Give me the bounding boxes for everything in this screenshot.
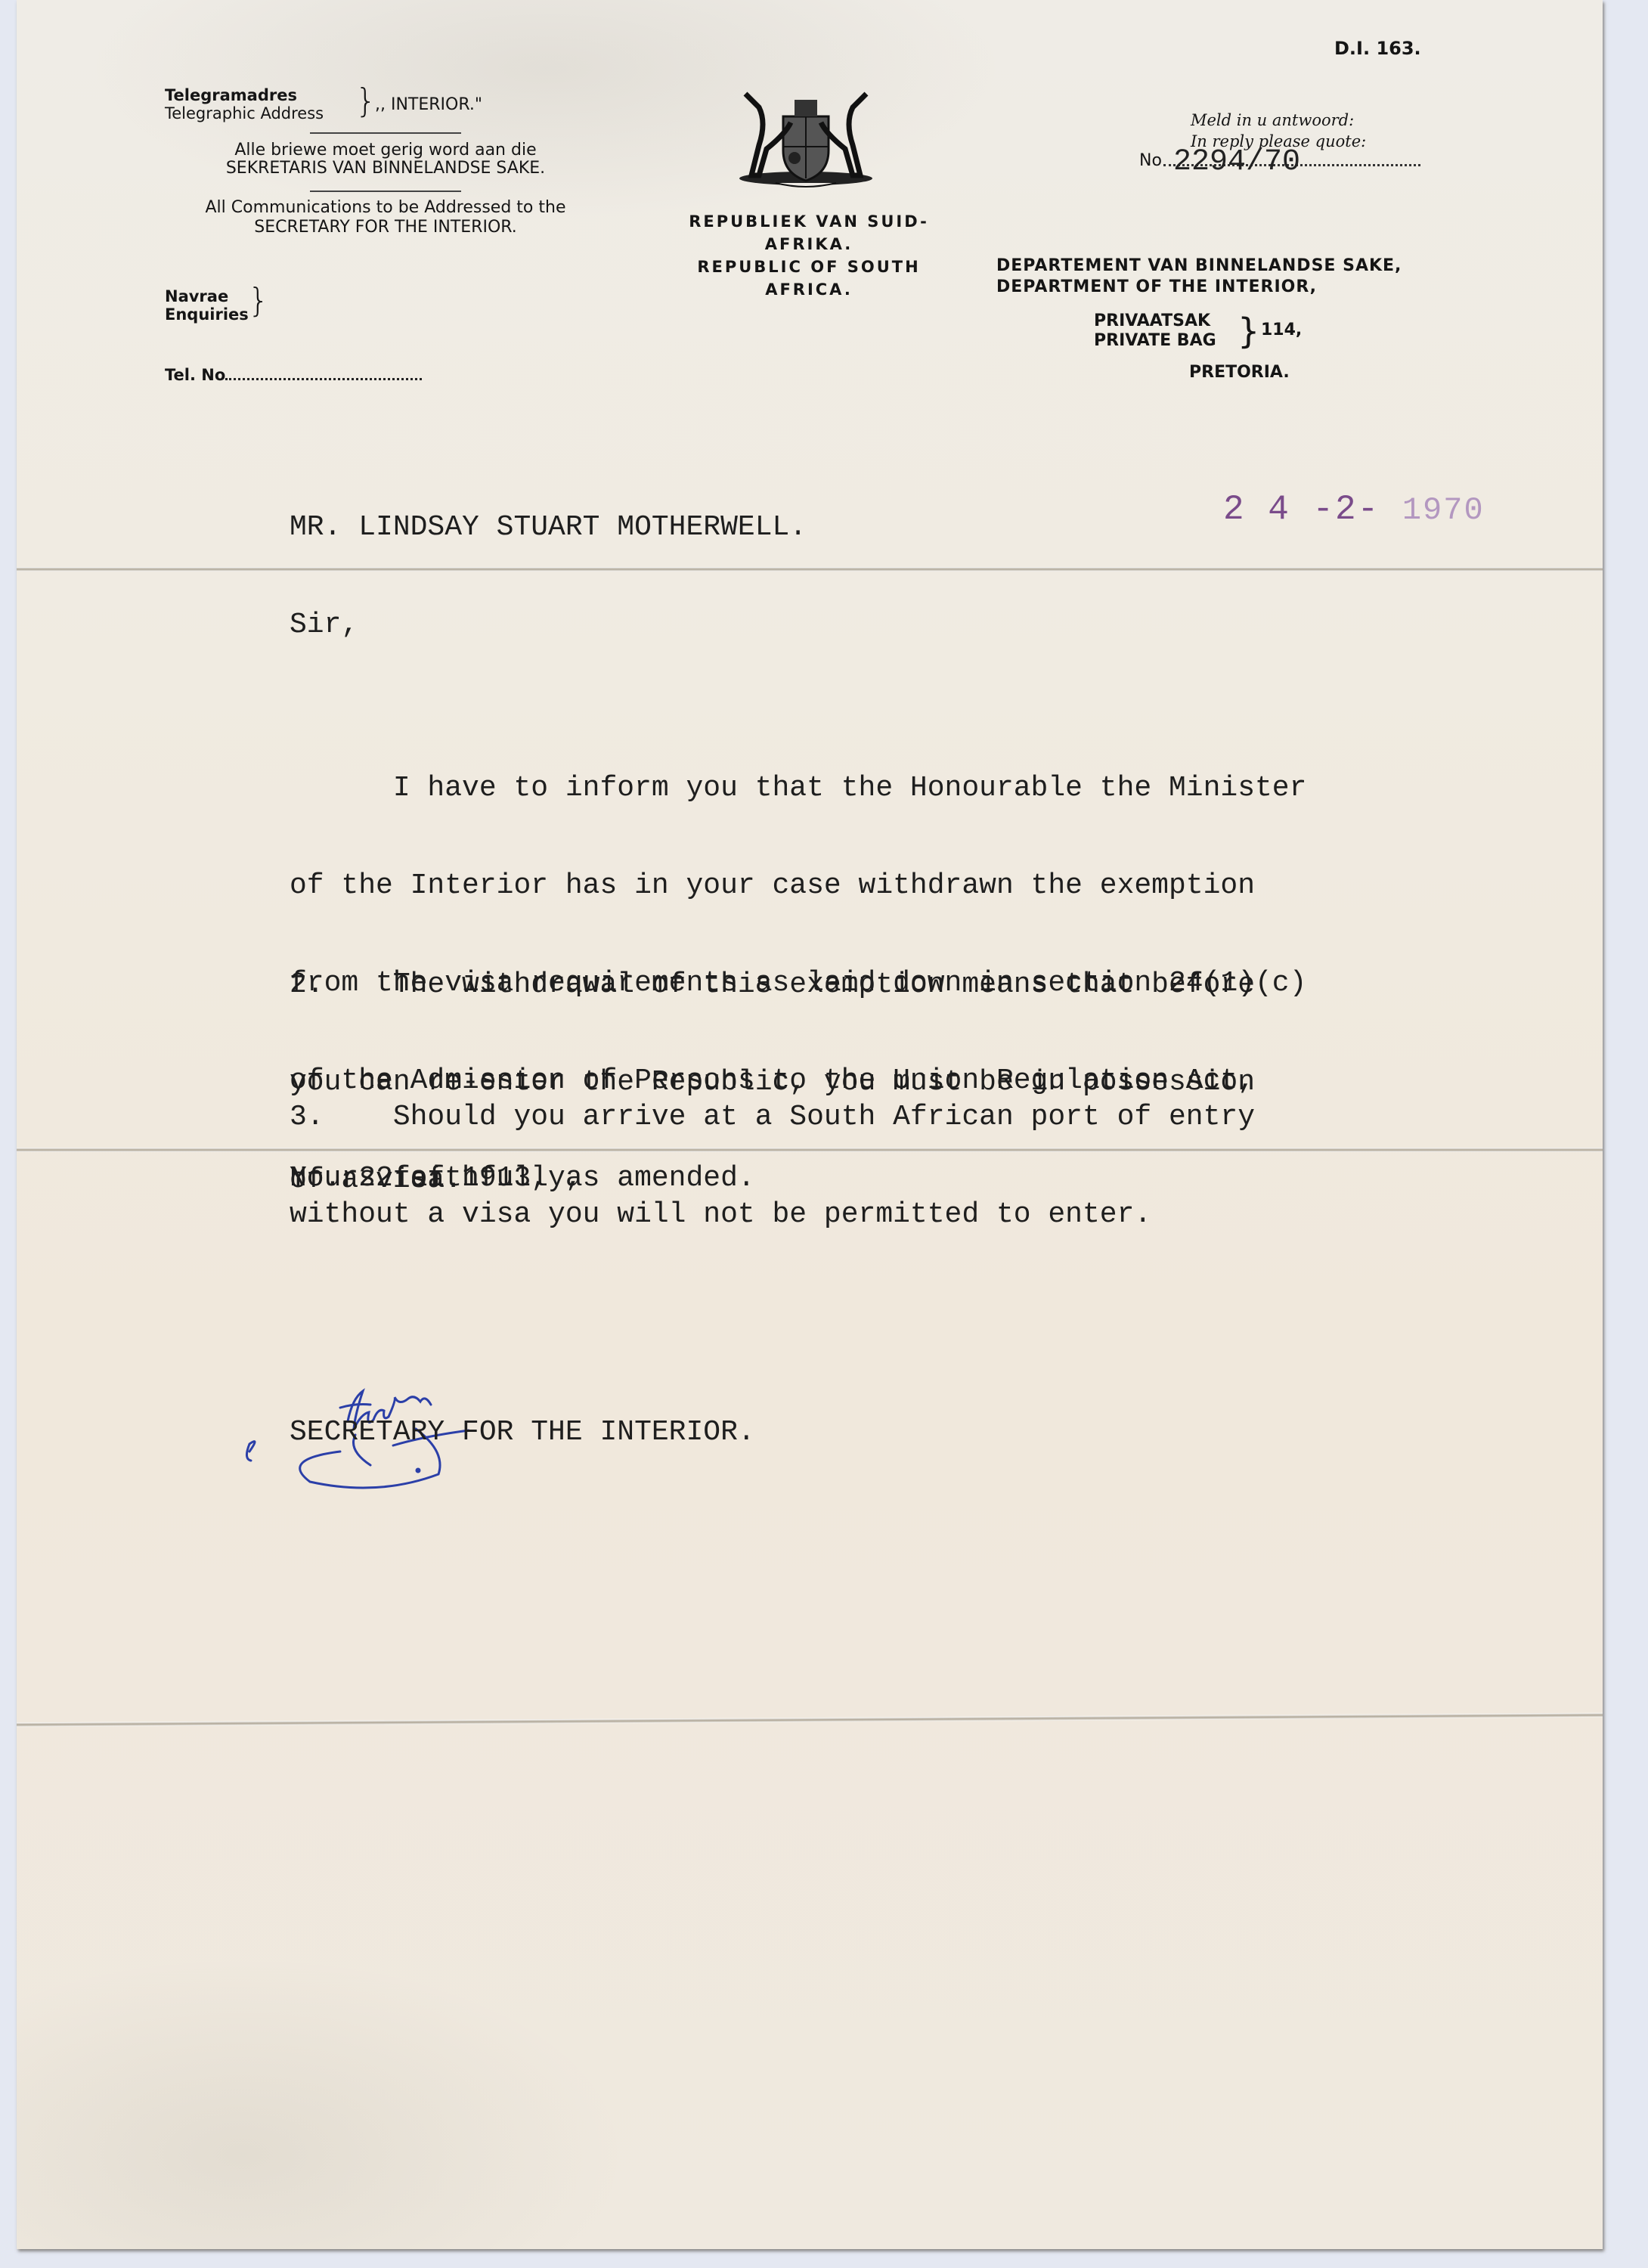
brace-icon: } [248, 284, 269, 318]
enquiries-label-af: Navrae [165, 287, 228, 305]
department-address: DEPARTEMENT VAN BINNELANDSE SAKE, DEPART… [996, 256, 1402, 298]
department-af: DEPARTEMENT VAN BINNELANDSE SAKE, [996, 256, 1402, 277]
reference-value: 2294/70 [1173, 145, 1300, 179]
tel-label: Tel. No [165, 366, 225, 384]
fold-line [17, 567, 1603, 572]
date-stamp: 2 4 -2- 1970 [1223, 490, 1485, 529]
salutation: Sir, [290, 609, 358, 641]
coat-of-arms-icon [730, 86, 881, 192]
divider [310, 191, 461, 192]
address-note-en-line1: All Communications to be Addressed to th… [159, 198, 612, 218]
paragraph-line: I have to inform you that the Honourable… [290, 772, 1306, 804]
tel-field: Tel. No [165, 366, 422, 384]
paragraph-line: 3. Should you arrive at a South African … [290, 1101, 1255, 1133]
reply-note-af: Meld in u antwoord: [1191, 110, 1366, 131]
paragraph-line: 2. The withdrawal of this exemption mean… [290, 968, 1255, 1001]
paragraph-line: of the Interior has in your case withdra… [290, 869, 1306, 902]
republic-en: REPUBLIC OF SOUTH AFRICA. [665, 256, 953, 301]
private-bag-labels: PRIVAATSAK PRIVATE BAG [1094, 311, 1216, 351]
address-note-af-line1: Alle briewe moet gerig word aan die [174, 141, 597, 160]
bag-en: PRIVATE BAG [1094, 331, 1216, 351]
reference-label: No [1139, 151, 1162, 170]
divider [310, 132, 461, 134]
department-en: DEPARTMENT OF THE INTERIOR, [996, 277, 1402, 298]
tel-blank [225, 378, 422, 380]
city: PRETORIA. [1189, 363, 1290, 382]
telegraphic-address: ,, INTERIOR." [375, 95, 482, 114]
brace-icon: } [355, 85, 376, 118]
brace-icon: } [1238, 313, 1259, 349]
telegraphic-label-en: Telegraphic Address [165, 104, 324, 122]
republic-af: REPUBLIEK VAN SUID-AFRIKA. [665, 210, 953, 256]
telegraphic-label-af: Telegramadres [165, 86, 297, 104]
address-note-en-line2: SECRETARY FOR THE INTERIOR. [159, 218, 612, 237]
address-note-af-line2: SEKRETARIS VAN BINNELANDSE SAKE. [174, 159, 597, 178]
paragraph-line: without a visa you will not be permitted… [290, 1198, 1255, 1231]
date-stamp-year: 1970 [1402, 492, 1485, 528]
reference-number-field: No 2294/70 [1139, 151, 1420, 170]
paragraph-3: 3. Should you arrive at a South African … [290, 1036, 1255, 1263]
date-stamp-day-month: 2 4 -2- [1223, 490, 1380, 529]
republic-title: REPUBLIEK VAN SUID-AFRIKA. REPUBLIC OF S… [665, 210, 953, 301]
form-code: D.I. 163. [1334, 38, 1421, 59]
bag-number: 114, [1261, 321, 1302, 339]
enquiries-label-en: Enquiries [165, 305, 249, 324]
fold-line [17, 1713, 1603, 1727]
addressee: MR. LINDSAY STUART MOTHERWELL. [290, 511, 807, 544]
signatory: SECRETARY FOR THE INTERIOR. [290, 1416, 755, 1448]
closing: Yours faithfully, [290, 1162, 583, 1194]
bag-af: PRIVAATSAK [1094, 311, 1216, 331]
